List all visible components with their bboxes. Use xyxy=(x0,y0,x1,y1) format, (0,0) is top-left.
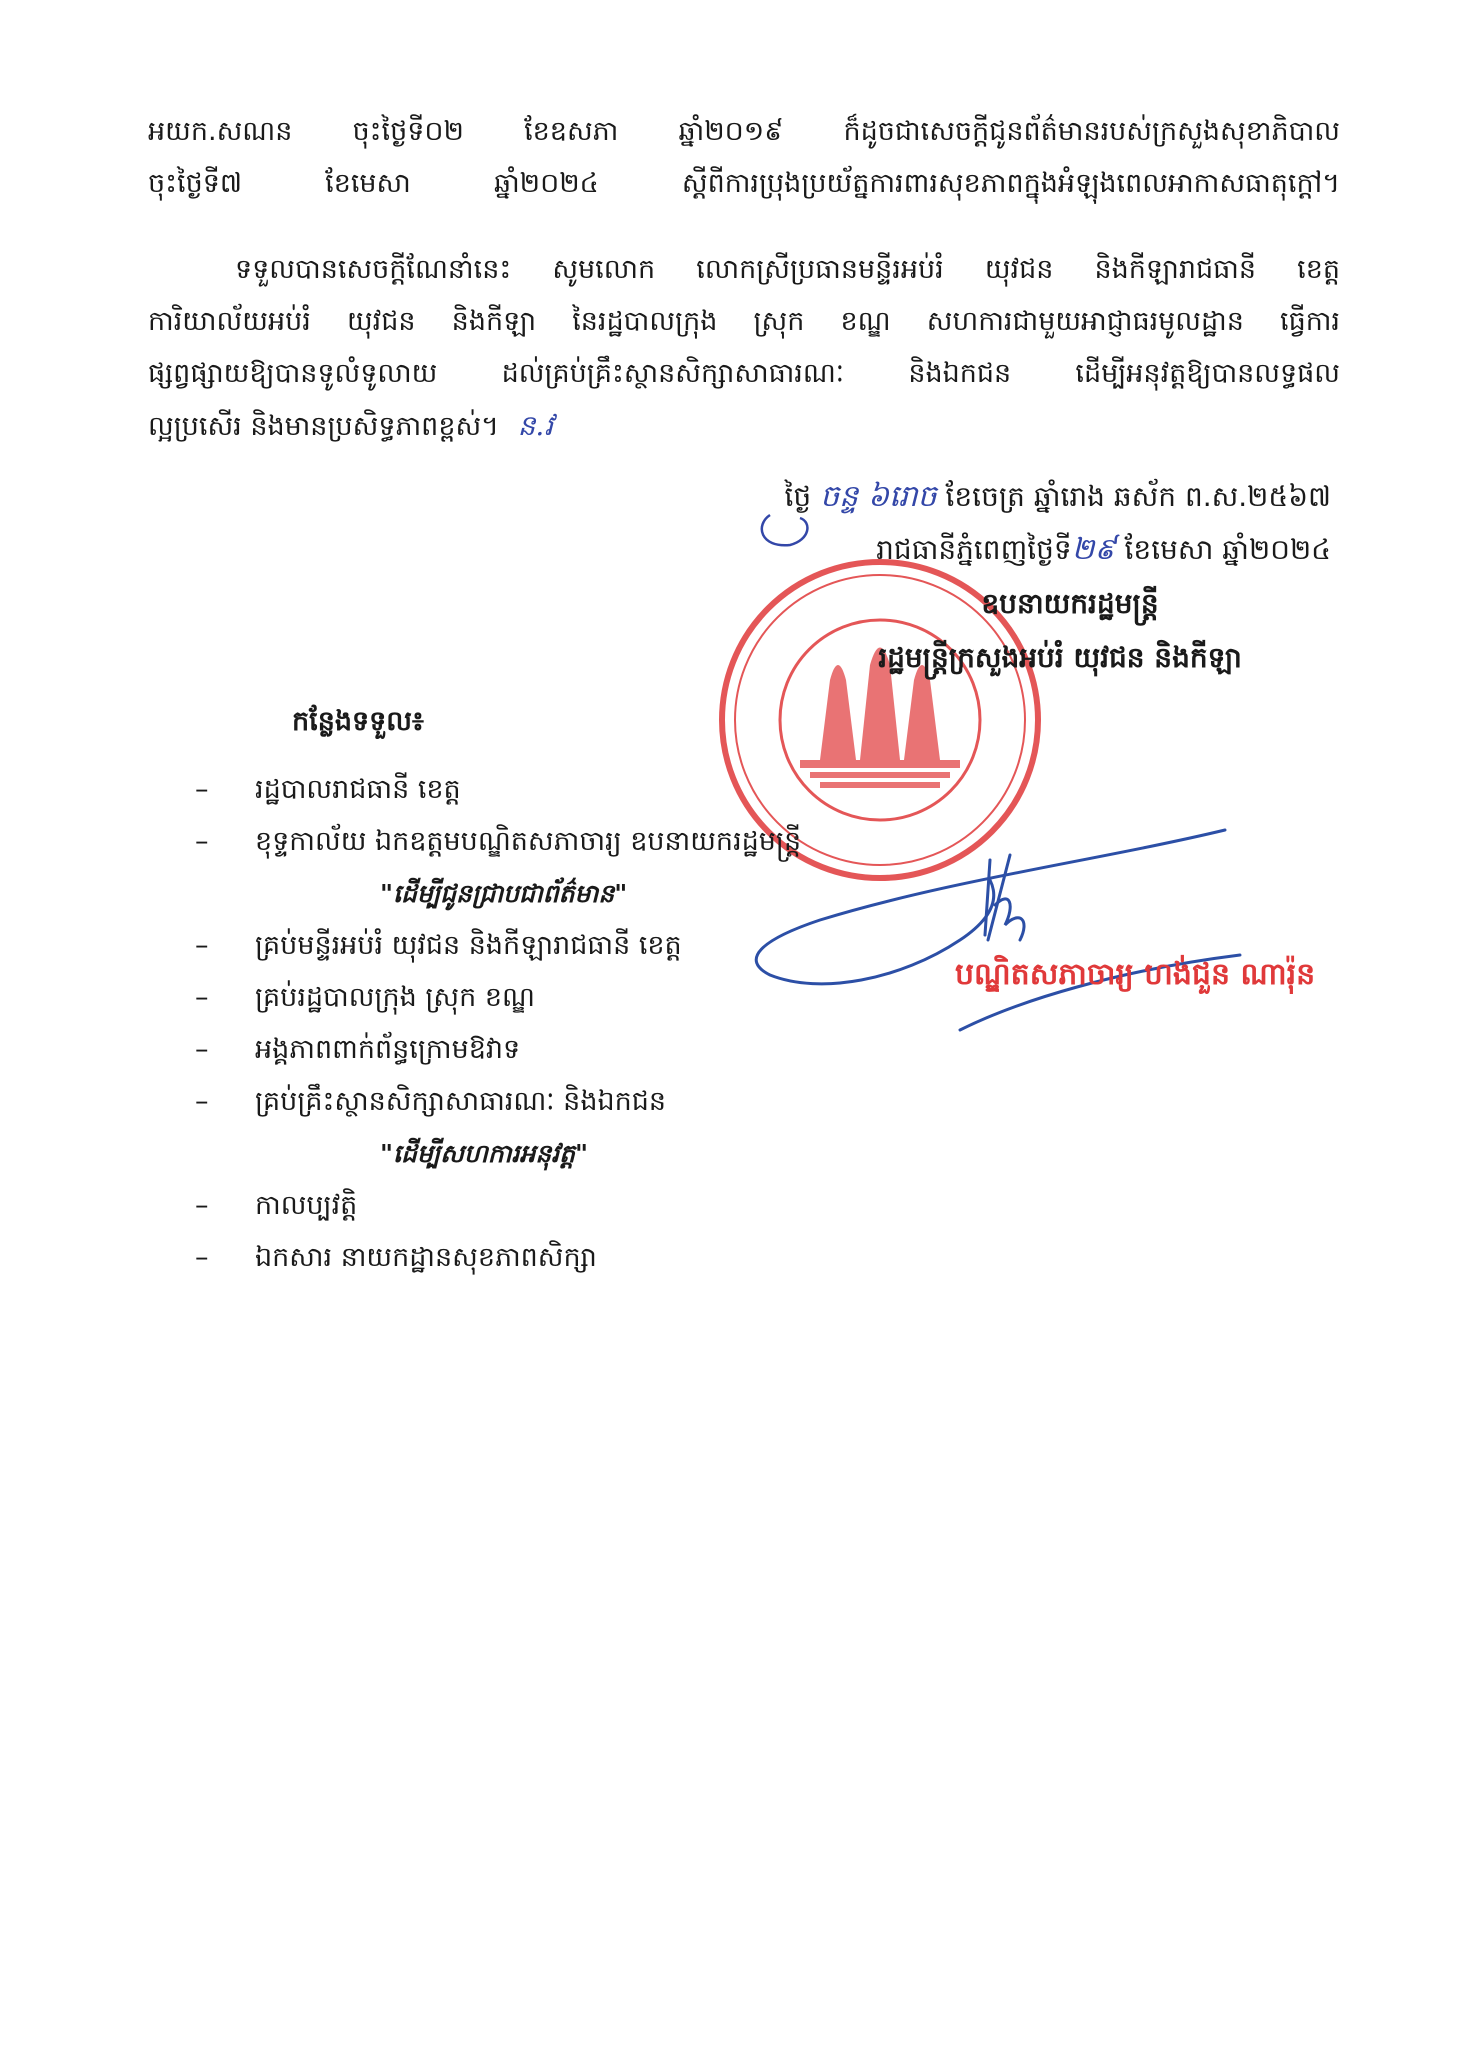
recipient-item: –គ្រប់គ្រឹះស្ថានសិក្សាសាធារណៈ និងឯកជន xyxy=(195,1082,666,1122)
solar-date-handwritten-day: ២៩ xyxy=(1072,532,1116,567)
lunar-date-handwritten: ចន្ទ ៦រោច xyxy=(820,479,936,514)
paragraph2-line4: ល្អប្រសើរ និងមានប្រសិទ្ធភាពខ្ពស់។ ន.វ xyxy=(148,406,553,447)
paragraph2-line3: ផ្សព្វផ្សាយឱ្យបានទូលំទូលាយ ដល់គ្រប់គ្រឹះ… xyxy=(148,354,1340,394)
lunar-date-rest: ខែចេត្រ ឆ្នាំរោង ឆស័ក ព.ស.២៥៦៧ xyxy=(946,480,1331,513)
recipient-text: អង្គភាពពាក់ព័ន្ធក្រោមឱវាទ xyxy=(255,1034,520,1065)
paragraph2-line2: ការិយាល័យអប់រំ យុវជន និងកីឡា នៃរដ្ឋបាលក្… xyxy=(148,302,1340,342)
bullet-dash: – xyxy=(195,1238,255,1278)
recipient-text: កាលប្បវត្តិ xyxy=(255,1190,357,1221)
recipient-text: គ្រប់រដ្ឋបាលក្រុង ស្រុក ខណ្ឌ xyxy=(255,982,535,1013)
recipients-heading: កន្លែងទទួល៖ xyxy=(292,702,424,742)
bullet-dash: – xyxy=(195,926,255,966)
signatory-name: បណ្ឌិតសភាចារ្យ ហង់ជួន ណារ៉ុន xyxy=(955,955,1315,995)
recipient-item: –គ្រប់រដ្ឋបាលក្រុង ស្រុក ខណ្ឌ xyxy=(195,978,535,1018)
bullet-dash: – xyxy=(195,1186,255,1226)
paragraph1-line1: អយក.សណន ចុះថ្ងៃទី០២ ខែឧសភា ឆ្នាំ២០១៩ ក៏ដ… xyxy=(148,112,1340,152)
solar-date-prefix: រាជធានីភ្នំពេញថ្ងៃទី xyxy=(876,533,1072,566)
recipient-item: –កាលប្បវត្តិ xyxy=(195,1186,357,1226)
recipient-text: ឯកសារ នាយកដ្ឋានសុខភាពសិក្សា xyxy=(255,1242,597,1273)
recipients-note-info: "ដើម្បីជូនជ្រាបជាព័ត៌មាន" xyxy=(380,874,627,914)
bullet-dash: – xyxy=(195,1082,255,1122)
bullet-dash: – xyxy=(195,770,255,810)
recipient-item: –ខុទ្ទកាល័យ ឯកឧត្តមបណ្ឌិតសភាចារ្យ ឧបនាយក… xyxy=(195,822,801,862)
recipient-text: គ្រប់មន្ទីរអប់រំ យុវជន និងកីឡារាជធានី ខេ… xyxy=(255,930,682,961)
recipients-note-cooperate: "ដើម្បីសហការអនុវត្ត" xyxy=(380,1134,588,1174)
lunar-date-prefix: ថ្ងៃ xyxy=(785,480,812,513)
bullet-dash: – xyxy=(195,978,255,1018)
handwritten-initial: ន.វ xyxy=(518,409,554,442)
recipient-text: គ្រប់គ្រឹះស្ថានសិក្សាសាធារណៈ និងឯកជន xyxy=(255,1086,666,1117)
paragraph2-line1: ទទួលបានសេចក្តីណែនាំនេះ សូមលោក លោកស្រីប្រ… xyxy=(235,250,1340,290)
signatory-title-2: រដ្ឋមន្ត្រីក្រសួងអប់រំ យុវជន និងកីឡា xyxy=(780,638,1340,678)
paragraph2-line4-text: ល្អប្រសើរ និងមានប្រសិទ្ធភាពខ្ពស់។ xyxy=(148,411,499,442)
recipient-item: –អង្គភាពពាក់ព័ន្ធក្រោមឱវាទ xyxy=(195,1030,520,1070)
solar-date-rest: ខែមេសា ឆ្នាំ២០២៤ xyxy=(1125,533,1331,566)
recipient-text: រដ្ឋបាលរាជធានី ខេត្ត xyxy=(255,774,461,805)
bullet-dash: – xyxy=(195,1030,255,1070)
paragraph1-line2: ចុះថ្ងៃទី៧ ខែមេសា ឆ្នាំ២០២៤ ស្តីពីការប្រ… xyxy=(148,164,1340,204)
bullet-dash: – xyxy=(195,822,255,862)
signatory-title-1: ឧបនាយករដ្ឋមន្ត្រី xyxy=(820,584,1320,624)
recipient-text: ខុទ្ទកាល័យ ឯកឧត្តមបណ្ឌិតសភាចារ្យ ឧបនាយករ… xyxy=(255,826,801,857)
recipient-item: –គ្រប់មន្ទីរអប់រំ យុវជន និងកីឡារាជធានី ខ… xyxy=(195,926,682,966)
recipient-item: –រដ្ឋបាលរាជធានី ខេត្ត xyxy=(195,770,461,810)
recipient-item: –ឯកសារ នាយកដ្ឋានសុខភាពសិក្សា xyxy=(195,1238,597,1278)
solar-date-line: រាជធានីភ្នំពេញថ្ងៃទី២៩ ខែមេសា ឆ្នាំ២០២៤ xyxy=(876,530,1331,570)
lunar-date-line: ថ្ងៃ ចន្ទ ៦រោច ខែចេត្រ ឆ្នាំរោង ឆស័ក ព.ស… xyxy=(785,477,1331,517)
